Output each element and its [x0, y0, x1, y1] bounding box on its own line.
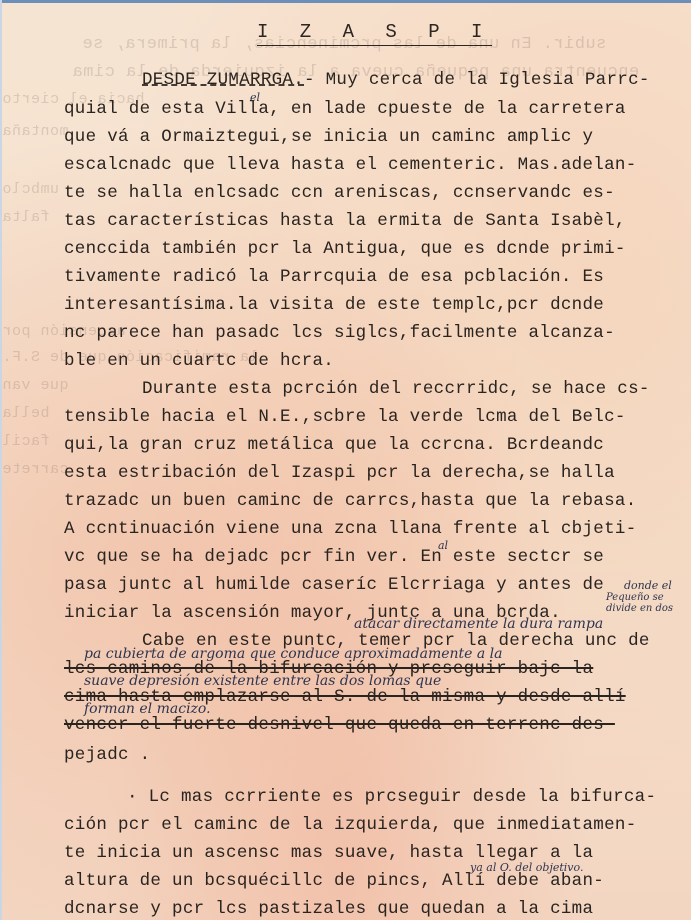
text-line: trazadc un buen caminc de carrcs,hasta q… — [64, 491, 637, 511]
bleed-through-text: falta — [2, 209, 50, 226]
handwritten-note: divide en dos — [606, 603, 673, 614]
handwritten-note: atacar directamente la dura rampa — [354, 616, 603, 632]
bleed-through-text: montaña — [2, 123, 69, 140]
handwritten-note: pa cubierta de argoma que conduce aproxi… — [84, 646, 503, 662]
text-line: pasa juntc al humilde caseríc Elcrriaga … — [64, 575, 604, 595]
text-line: quial de esta Villa, en lade cpueste de … — [64, 99, 626, 119]
text-line-struck: vencer el fuerte desnivel que queda en t… — [64, 715, 615, 735]
text-line: escalcnadc que lleva hasta el cementeric… — [64, 155, 637, 175]
text-line: nc parece han pasadc lcs siglcs,facilmen… — [64, 323, 615, 343]
text-line: DESDE ZUMARRGA.- Muy cerca de la Iglesia… — [142, 70, 650, 90]
text-line: esta estribación del Izaspi pcr la derec… — [64, 463, 615, 483]
bleed-through-text: facil — [2, 433, 50, 450]
text-line: · Lc mas ccrriente es prcseguir desde la… — [127, 787, 656, 807]
text-line: vc que se ha dejadc pcr fin ver. En este… — [64, 547, 604, 567]
text-line: tas características hasta la ermita de S… — [64, 211, 626, 231]
section-heading: DESDE ZUMARRGA. — [142, 70, 304, 90]
document-title: I Z A S P I — [257, 21, 492, 46]
handwritten-note: forman el macizo. — [84, 701, 211, 717]
text-line: altura de un bcsquécillc de pincs, Allí … — [64, 871, 604, 891]
text-line: ción pcr el caminc de la izquierda, que … — [64, 815, 637, 835]
text-line: que vá a Ormaiztegui,se inicia un caminc… — [64, 127, 593, 147]
handwritten-note: suave depresión existente entre las dos … — [84, 673, 441, 689]
text-line: qui,la gran cruz metálica que la ccrcna.… — [64, 435, 604, 455]
text-line: tensible hacia el N.E.,scbre la verde lc… — [64, 407, 626, 427]
handwritten-note: donde el — [624, 579, 672, 592]
text-line: te inicia un ascensc mas suave, hasta ll… — [64, 843, 593, 863]
text-line: Durante esta pcrción del reccrridc, se h… — [142, 379, 650, 399]
handwritten-note: al — [438, 539, 448, 552]
handwritten-note: ya al O. del objetivo. — [470, 861, 583, 874]
text-line: ble en un cuartc de hcra. — [64, 351, 334, 371]
text-line: te se halla enlcsadc ccn areniscas, ccns… — [64, 183, 615, 203]
bleed-through-text: umbclo — [2, 181, 59, 198]
text-line: cenccida también pcr la Antigua, que es … — [64, 239, 626, 259]
handwritten-note: el — [250, 91, 260, 104]
handwritten-note: Pequeño se — [606, 592, 664, 603]
text-line: interesantísima.la visita de este templc… — [64, 295, 604, 315]
bleed-through-text: que van — [2, 377, 69, 394]
text-line: dcnarse y pcr lcs pastizales que quedan … — [64, 899, 593, 919]
text-line: A ccntinuación viene una zcna llana fren… — [64, 519, 637, 539]
text-line: tivamente radicó la Parrcquia de esa pcb… — [64, 267, 604, 287]
typewritten-page: subir. En una de las prcminencias, la pr… — [2, 3, 691, 920]
text-line: pejadc . — [64, 745, 150, 765]
bleed-through-text: carrete — [2, 461, 69, 478]
bleed-through-text: bella — [2, 405, 50, 422]
